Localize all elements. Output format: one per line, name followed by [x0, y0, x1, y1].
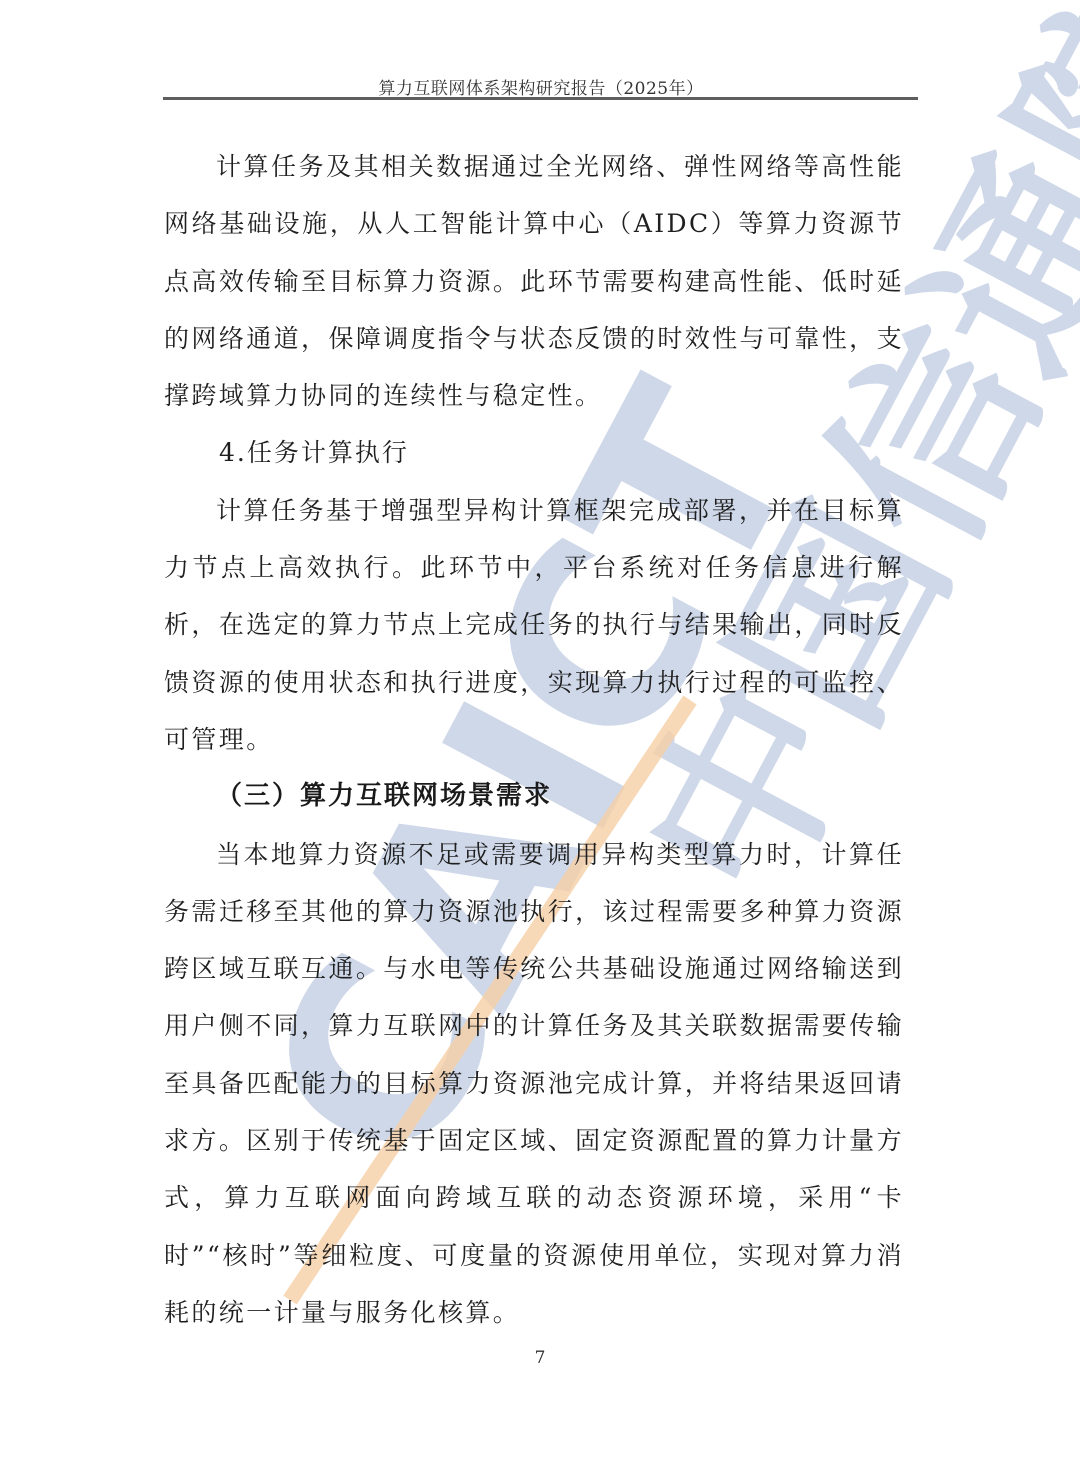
document-page: CAICT 中国信通院 算力互联网体系架构研究报告（2025年） 计算任务及其相…: [0, 0, 1080, 1466]
section-heading-scenario-requirements: （三）算力互联网场景需求: [164, 768, 904, 825]
header-divider: [163, 97, 918, 100]
paragraph-network-transmission: 计算任务及其相关数据通过全光网络、弹性网络等高性能网络基础设施，从人工智能计算中…: [164, 138, 904, 424]
paragraph-task-execution: 计算任务基于增强型异构计算框架完成部署，并在目标算力节点上高效执行。此环节中，平…: [164, 482, 904, 768]
running-header: 算力互联网体系架构研究报告（2025年）: [164, 74, 918, 99]
page-number: 7: [0, 1348, 1080, 1368]
body-content: 计算任务及其相关数据通过全光网络、弹性网络等高性能网络基础设施，从人工智能计算中…: [164, 138, 904, 1341]
subheading-task-execution: 4.任务计算执行: [164, 424, 904, 481]
paragraph-scenario-requirements: 当本地算力资源不足或需要调用异构类型算力时，计算任务需迁移至其他的算力资源池执行…: [164, 826, 904, 1342]
